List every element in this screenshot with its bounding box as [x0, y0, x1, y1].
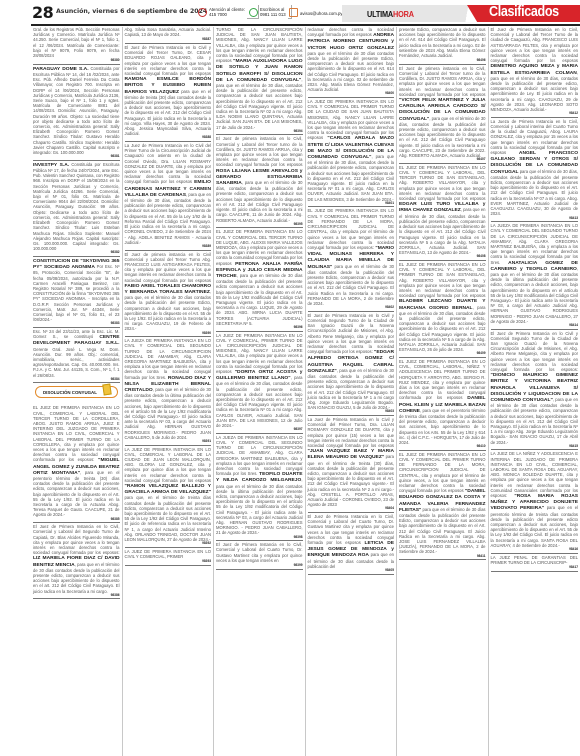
notice-text: EL JUEZ DE PRIMERA INSTANCIA EN LO CIVIL…: [399, 359, 486, 400]
notice-text: LA JUEZA DE PRIMERA INSTANCIA EN LO CIVI…: [125, 338, 212, 379]
legal-notice: LA JUEZA DE PRIMERA INSTANCIA EN LO CIVI…: [216, 435, 303, 541]
notice-text: , para que en el perentorio término de t…: [399, 408, 486, 445]
phone-icon: [198, 8, 207, 17]
notice-code: 98408: [399, 255, 486, 259]
notice-text: El Juez de primera instancia en lo Civil…: [216, 136, 303, 167]
notice-text: LA JUEZA DE PRIMERA INSTANCIA EN LO CIVI…: [491, 223, 579, 264]
notice-text: para que en el término de 30 días contad…: [399, 507, 486, 555]
notice-text: LA JUEZ DE PRIMERA INSTANCIA EN LO CIVIL…: [308, 99, 395, 140]
notice-text: para que el término de 30 días, contados…: [491, 169, 579, 217]
notice-code: 98398: [216, 536, 303, 540]
notice-text: LA JUEZ DE PRIMERA INSTANCIA EN LO CIVIL…: [216, 333, 303, 374]
notice-text: EL JUEZ DE PRIMERA INSTANCIA EN LO CIVIL…: [399, 452, 486, 493]
legal-notice: TURNO DE LA CIRCUNSCRIPCIÓN JUDICIAL DE …: [216, 27, 303, 135]
notice-text: La Juez de Primera Instancia en lo Civil…: [308, 417, 395, 448]
notice-text: EL JUEZ DE PRIMERA INSTANCIA EN LO CIVIL…: [216, 229, 303, 265]
legal-notice: El Juez de Primera Instancia en lo Civil…: [33, 524, 120, 599]
notice-text: para que en el término de treinta (30) d…: [308, 454, 395, 507]
contact-value: 0981 111 013: [260, 12, 286, 17]
legal-notice: Abg. Silvia Sosa Sanabria, Actuaria Judi…: [125, 27, 212, 44]
notice-text: El Juez de Primera Instancia en lo Civil…: [491, 27, 579, 63]
legal-notice: El Juez de Primera Instancia en lo Civil…: [125, 45, 212, 142]
notice-code: 98382: [33, 251, 120, 255]
notice-text: , para que, en el término de 30 días con…: [125, 289, 212, 331]
notice-text: EL JUEZ DE PRIMERA INSTANCIA EN LO CIVIL…: [308, 208, 395, 249]
notice-code: 98407: [399, 158, 486, 162]
notice-text: , para que en el término de 30 días cont…: [125, 387, 212, 440]
notice-code: 98391: [125, 440, 212, 444]
notice-text: El Juez de primera instancia en lo Civil…: [399, 66, 486, 97]
notice-code: 98385: [33, 518, 120, 522]
column-1: Gral. de los Registros Púb. Sección Pers…: [31, 27, 123, 756]
legal-notice: EL JUEZ DE PRIMERA INSTANCIA EN LO CIVIL…: [308, 208, 395, 311]
notice-text: La Juez de Primera Instancia en lo Civil…: [125, 143, 212, 184]
notice-text: , para que en el término de 30 días cont…: [216, 477, 303, 535]
notice-text: para que en el perentorio término de tre…: [491, 505, 579, 547]
notice-text: EL JUEZ DE PRIMERA INSTANCIA EN LO CIVIL…: [33, 405, 120, 462]
legal-notice: EL JUEZ DE PRIMERA INSTANCIA EN LO CIVIL…: [399, 165, 486, 261]
notice-text: El Juez de Primera Instancia en lo Civil…: [125, 45, 212, 76]
notice-text: , para que en término de 30 días contado…: [216, 273, 303, 326]
notice-parties: "JUAN VAZQUEZ BAEZ Y MARIA ELENA MEAURIO…: [308, 449, 395, 460]
legal-notice: LA JUEZA DE PRIMERA INSTANCIA EN LO CIVI…: [491, 223, 579, 329]
publication-date: Asunción, viernes 6 de septiembre de 202…: [56, 8, 207, 15]
notice-text: LA JUEZ PENAL DE GARANTIAS DEL PRIMER TU…: [491, 555, 579, 565]
legal-notice: EL JUEZ DE PRIMERA INSTANCIA EN LO CIVIL…: [399, 262, 486, 358]
notice-code: 98381: [33, 155, 120, 159]
legal-notice: EL JUEZ DE PRIMERA INSTANCIA EN LO CIVIL…: [399, 452, 486, 560]
column-6: El Juez de Primera Instancia en lo Civil…: [489, 27, 580, 756]
notice-parties: "RAMON VELAZQUEZ BALLEJO Y GRACIELA ARMO…: [125, 484, 212, 495]
notice-text: Por Esc. Nº 85, Protocolo, Comercial Sec…: [33, 264, 120, 322]
legal-notice: LA JUEZ DE PRIMERA INSTANCIA EN LO CIVIL…: [216, 333, 303, 434]
notice-text: presente Edicto, comparezcan a deducir s…: [399, 27, 486, 58]
notice-text: Constituida por Escritura Pública Nº 14,…: [33, 66, 120, 155]
notice-text: , para que en el término de 30 días cont…: [491, 397, 579, 445]
legal-notice: LA JUEZ DE PRIMERA INSTANCIA EN LO CIVIL…: [308, 99, 395, 207]
notice-text: Gral. de los Registros Púb. Sección Pers…: [33, 27, 120, 58]
notice-text: , para que en el término de 30 días, con…: [308, 154, 395, 202]
legal-notice: La Juez de Primera Instancia en lo Civil…: [125, 143, 212, 250]
notice-code: 98403: [308, 410, 395, 414]
notice-text: , para que en el término de 30 días, con…: [399, 207, 486, 255]
notice-code: 98402: [308, 306, 395, 310]
notice-text: , para que en el término de 30 días, con…: [216, 180, 303, 222]
legal-notice: EL JUEZ DE PRIMERA INSTANCIA EN LO CIVIL…: [33, 405, 120, 523]
notice-text: LA JUEZ DE PRIMERA INSTANCIA EN LO CIVIL…: [125, 447, 212, 483]
notice-code: 98401: [308, 202, 395, 206]
notice-code: 98387: [125, 38, 212, 42]
notice-code: 98383: [33, 322, 120, 326]
column-5: presente Edicto, comparezcan a deducir s…: [397, 27, 489, 756]
legal-notice: reclamar derechos contra la sociedad con…: [308, 27, 395, 98]
legal-notice: El Juez de primera instancia en lo Civil…: [399, 66, 486, 164]
notice-code: 98409: [399, 352, 486, 356]
notice-text: LA JUEZ DE LA NIÑEZ Y ADOLESCENCIA E INT…: [491, 451, 579, 498]
legal-notice: El Juez de primera instancia en lo Civil…: [125, 252, 212, 338]
column-2: Abg. Silvia Sosa Sanabria, Actuaria Judi…: [123, 27, 215, 756]
notice-code: 98386: [33, 594, 120, 598]
notice-text: El Juez de Primera Instancia en lo Civil…: [491, 331, 579, 372]
notice-code: 98411: [399, 555, 486, 559]
legal-notice: El Juez de Primera Instancia en lo Civil…: [308, 514, 395, 575]
legal-notice: LA JUEZ DE PRIMERA INSTANCIA EN LO CIVIL…: [125, 549, 212, 566]
notice-text: , para que en el término de 30 días cont…: [308, 368, 395, 410]
legal-notice: PARAGUAY DOME S.A. Constituida por Escri…: [33, 66, 120, 161]
notice-code: 98392: [125, 542, 212, 546]
notice-parties: FABIO ARIEL TORALES CHAMORRO Y BERNARDA …: [125, 284, 212, 295]
column-3: TURNO DE LA CIRCUNSCRIPCIÓN JUDICIAL DE …: [214, 27, 306, 756]
notice-text: TURNO DE LA CIRCUNSCRIPCIÓN JUDICIAL DE …: [216, 27, 303, 63]
email-contact[interactable]: avisos@uhora.com.py: [289, 5, 348, 19]
notice-code: 98416: [491, 548, 579, 552]
notice-text: Constituida por Escritura Pública Nº 17,…: [33, 162, 120, 251]
notice-text: El Juez de Primera Instancia en lo Civil…: [33, 524, 120, 555]
header-rule: [31, 24, 580, 26]
legal-notice: La Juez de Primera Instancia en lo Civil…: [308, 417, 395, 513]
column-4: reclamar derechos contra la sociedad con…: [306, 27, 398, 756]
notice-text: EL JUEZ DE PRIMERA INSTANCIA EN LO CIVIL…: [399, 165, 486, 201]
notice-code: 98413: [491, 217, 579, 221]
notice-text: , para que en el término de 30 días, con…: [399, 116, 486, 158]
notice-code: 98396: [216, 326, 303, 330]
legal-notice: presente Edicto, comparezcan a deducir s…: [399, 27, 486, 65]
notice-code: 98410: [399, 445, 486, 449]
notice-code: 98405: [308, 569, 395, 573]
mail-icon: [289, 8, 298, 17]
legal-notice: El Juez de Primera Instancia en lo Civil…: [216, 542, 303, 569]
notice-text: , para que en el término de 30 días, con…: [216, 77, 303, 130]
dissolution-banner: DISOLUCIÓN CONYUGAL: [35, 386, 118, 398]
section-title: Clasificados: [489, 4, 559, 20]
notice-code: 98384: [33, 378, 120, 382]
legal-notice: Esc. Nº 24 del 23/11/23, ante la Esc. Li…: [33, 329, 120, 383]
notice-text: El Juez de Primera Instancia en lo Civil…: [308, 313, 395, 354]
notice-text: LA JUEZA DE PRIMERA INSTANCIA EN LO CIVI…: [216, 435, 303, 476]
legal-notice: El Juez de primera instancia en lo Civil…: [216, 136, 303, 228]
whatsapp-icon: [249, 8, 258, 17]
classifieds-columns: Gral. de los Registros Púb. Sección Pers…: [31, 27, 580, 756]
notice-text: para que en el término de treinta (30) d…: [125, 89, 212, 137]
notice-code: 98399: [216, 564, 303, 568]
notice-code: 98415: [491, 445, 579, 449]
notice-code: 98404: [308, 507, 395, 511]
notice-code: 98394: [216, 130, 303, 134]
logo-ultima: ULTIMA: [367, 9, 393, 19]
legal-notice: LA JUEZ PENAL DE GARANTIAS DEL PRIMER TU…: [491, 555, 579, 572]
notice-text: EL JUEZ DE PRIMERA INSTANCIA EN LO CIVIL…: [399, 262, 486, 298]
notice-text: , para que en el término de 30 días, con…: [491, 70, 579, 112]
document-icon: [102, 384, 111, 396]
notice-code: 98417: [491, 566, 579, 570]
whatsapp-contact: Escribinos al0981 111 013: [249, 5, 292, 19]
notice-text: La Jueza de Primera Instancia en lo Civi…: [491, 119, 579, 155]
notice-text: para que, en el término de treinta días …: [125, 495, 212, 542]
legal-notice: EL JUEZ DE PRIMERA INSTANCIA EN LO CIVIL…: [216, 229, 303, 331]
notice-text: , para que en el término de 30 días, con…: [125, 192, 212, 245]
ultimahora-logo: ULTIMAHORA: [367, 9, 414, 19]
notice-text: para que en el término de 30 días contad…: [308, 264, 395, 306]
legal-notice: El Juez de Primera Instancia en lo Civil…: [308, 313, 395, 416]
notice-parties: DEMETRIO AQUINO MEZA y MARIA ESTELA ESTI…: [491, 64, 579, 75]
legal-notice: La Jueza de Primera Instancia en lo Civi…: [491, 119, 579, 222]
notice-code: 98393: [125, 560, 212, 564]
legal-notice: Gral. de los Registros Púb. Sección Pers…: [33, 27, 120, 65]
notice-text: Gerente Gral. José L. Vega M. Dom. Asunc…: [33, 347, 120, 378]
contact-email[interactable]: avisos@uhora.com.py: [300, 9, 343, 16]
notice-code: 98389: [125, 245, 212, 249]
legal-notice: INVESTPY S.A. Constituida por Escritura …: [33, 162, 120, 257]
notice-code: 98388: [125, 136, 212, 140]
notice-code: 98400: [308, 92, 395, 96]
legal-notice: EL JUEZ DE PRIMERA INSTANCIA EN LO CIVIL…: [399, 359, 486, 451]
notice-text: , para que en el término de 30 días cont…: [491, 266, 579, 324]
contact-value: 415 7000: [209, 12, 227, 17]
notice-code: 98395: [216, 223, 303, 227]
page-header: 28 Asunción, viernes 6 de septiembre de …: [0, 0, 580, 22]
legal-notice: LA JUEZ DE PRIMERA INSTANCIA EN LO CIVIL…: [125, 447, 212, 548]
notice-code: 98412: [491, 112, 579, 116]
notice-text: para que en el término de 30 días contad…: [308, 51, 395, 92]
notice-code: 98390: [125, 332, 212, 336]
notice-text: LA JUEZ DE PRIMERA INSTANCIA EN LO CIVIL…: [125, 549, 212, 559]
notice-code: 98406: [399, 59, 486, 63]
legal-notice: LA JUEZ DE LA NIÑEZ Y ADOLESCENCIA E INT…: [491, 451, 579, 553]
notice-text: , para que en el término de 30 días, con…: [216, 375, 303, 428]
page-number: 28: [32, 3, 53, 22]
legal-notice: El Juez de Primera Instancia en lo Civil…: [491, 27, 579, 118]
logo-hora: HORA: [393, 9, 414, 19]
notice-code: 98414: [491, 324, 579, 328]
notice-text: , para que en el perentorio término de t…: [33, 470, 120, 518]
legal-notice: LA JUEZA DE PRIMERA INSTANCIA EN LO CIVI…: [125, 338, 212, 445]
notice-text: El Juez de Primera Instancia en lo Civil…: [216, 542, 303, 563]
legal-notice: El Juez de Primera Instancia en lo Civil…: [491, 331, 579, 451]
notice-code: 98397: [216, 428, 303, 432]
notice-text: Abg. Silvia Sosa Sanabria, Actuaria Judi…: [125, 27, 212, 37]
notice-text: , para que en el término de 30 días, con…: [399, 305, 486, 353]
legal-notice: CONSTITUCION DE "SKYDIVING 365 PY" SOCIE…: [33, 258, 120, 328]
notice-text: El Juez de primera instancia en lo Civil…: [125, 252, 212, 283]
banner-label: DISOLUCIÓN CONYUGAL: [43, 390, 97, 395]
notice-code: 98380: [33, 59, 120, 63]
